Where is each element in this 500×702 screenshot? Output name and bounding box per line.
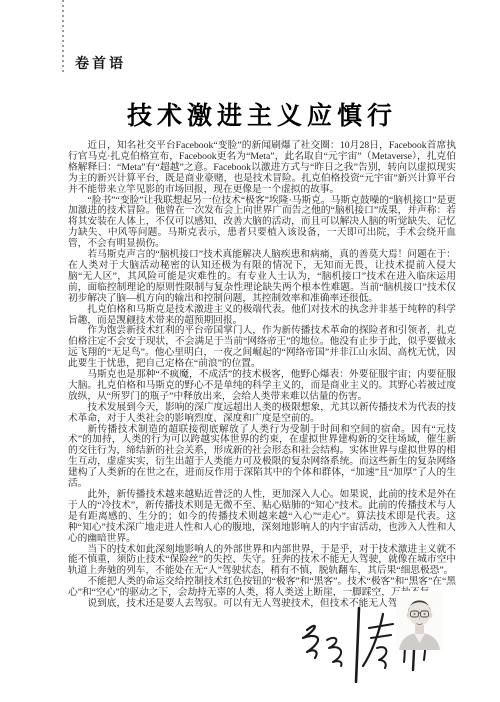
- paragraph-5: 作为饱尝新技术红利的平台帝国掌门人，作为新传播技术革命的探险者和引领者，扎克伯格…: [68, 326, 456, 370]
- left-dotted-rule: [62, 0, 64, 74]
- paragraph-9: 此外，新传播技术越来越贴近普泛的人性，更加深入人心。如果说，此前的技术是外在于人…: [68, 490, 456, 545]
- paragraph-7: 技术发展到今天，影响的深广度远超出人类的极限想象，尤其以新传播技术为代表的技术革…: [68, 403, 456, 425]
- paragraph-2: “脸书”“变脸”让我联想起另一位技术“极客”埃隆·马斯克。马斯克鼓噪的“脑机接口…: [68, 196, 456, 251]
- paragraph-10: 当下的技术如此深刻地影响人的外部世界和内部世界，于是乎，对于技术激进主义就不能不…: [68, 545, 456, 578]
- paragraph-1: 近日，知名社交平台Facebook“变脸”的新闻刷爆了社交圈：10月28日，Fa…: [68, 141, 456, 196]
- magazine-foreword-page: 卷首语 技术激进主义应慎行 近日，知名社交平台Facebook“变脸”的新闻刷爆…: [0, 0, 500, 702]
- article-body: 近日，知名社交平台Facebook“变脸”的新闻刷爆了社交圈：10月28日，Fa…: [68, 141, 456, 610]
- paragraph-3: 若马斯克声言的“脑机接口”技术真能解决人脑疾患和病痛，真的善莫大焉！问题在于：在…: [68, 250, 456, 305]
- paragraph-4: 扎克伯格和马斯克是技术激进主义的极端代表。他们对技术的执念并非基于纯粹的科学旨趣…: [68, 305, 456, 327]
- paragraph-6: 马斯克也是那种“不疯魔，不成活”的技术极客，他野心爆表：外要征服宇宙；内要征服大…: [68, 370, 456, 403]
- article-title: 技术激进主义应慎行: [68, 96, 456, 132]
- author-portrait-photo: [396, 591, 443, 650]
- section-label: 卷首语: [75, 53, 126, 73]
- paragraph-8: 新传播技术制造的超联接彻底解放了人类行为受制于时间和空间的宿命。因有“元技术”的…: [68, 425, 456, 490]
